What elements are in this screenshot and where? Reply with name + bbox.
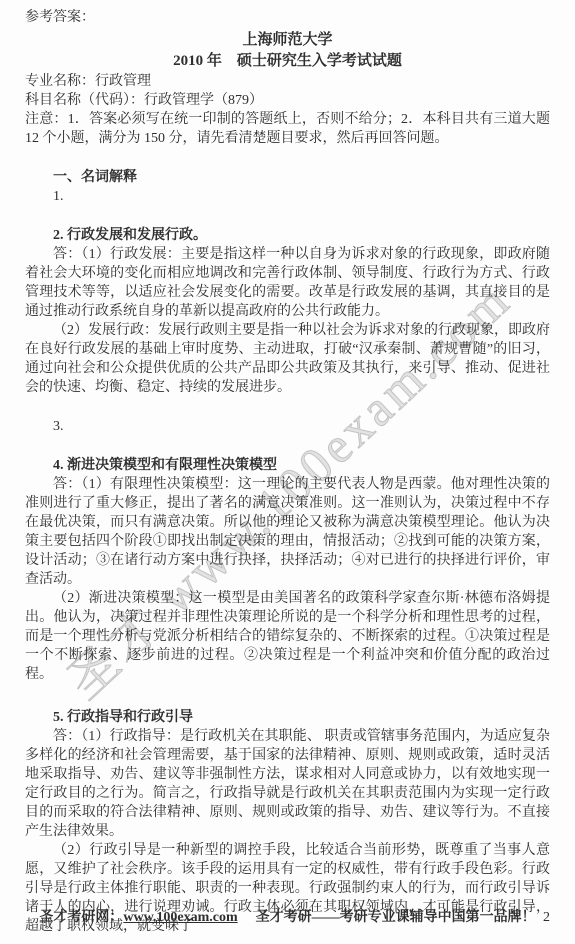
question-3-number: 3.: [25, 417, 550, 436]
answer-4-part-2: （2）渐进决策模型：这一模型是由美国著名的政策科学家查尔斯·林德布洛姆提出。他认…: [25, 589, 550, 684]
footer-slogan: 圣才考研——考研专业课辅导中国第一品牌！: [256, 906, 536, 926]
question-4-title: 4. 渐进决策模型和有限理性决策模型: [25, 456, 550, 475]
major-line: 专业名称：行政管理: [25, 72, 550, 91]
answer-5-part-1: 答：（1）行政指导：是行政机关在其职能、 职责或管辖事务范围内，为适应复杂多样化…: [25, 727, 550, 841]
answer-4-part-1: 答：（1）有限理性决策模型：这一理论的主要代表人物是西蒙。他对理性决策的准则进行…: [25, 475, 550, 589]
section-heading-terms: 一、名词解释: [25, 168, 550, 187]
page-footer: 圣才考研网：www.100exam.com圣才考研——考研专业课辅导中国第一品牌…: [25, 906, 550, 926]
question-2-title: 2. 行政发展和发展行政。: [25, 226, 550, 245]
answer-2-part-2: （2）发展行政：发展行政则主要是指一种以社会为诉求对象的行政现象，即政府在良好行…: [25, 321, 550, 397]
footer-site-label: 圣才考研网：: [39, 906, 123, 926]
notice-paragraph: 注意：1．答案必须写在统一印制的答题纸上，否则不给分；2．本科目共有三道大题 1…: [25, 110, 550, 148]
document-page: 圣才 www.100exam.com 参考答案： 上海师范大学 2010 年 硕…: [0, 0, 575, 944]
document-body: 参考答案： 上海师范大学 2010 年 硕士研究生入学考试试题 专业名称：行政管…: [25, 8, 550, 936]
footer-site-url-link[interactable]: www.100exam.com: [123, 910, 237, 926]
answer-prefix: 参考答案：: [25, 8, 550, 27]
question-1-number: 1.: [25, 187, 550, 206]
subject-line: 科目名称（代码）：行政管理学（879）: [25, 91, 550, 110]
university-title: 上海师范大学: [25, 30, 550, 51]
page-number: 2: [543, 910, 550, 926]
exam-title: 2010 年 硕士研究生入学考试试题: [25, 51, 550, 72]
answer-2-part-1: 答：（1）行政发展：主要是指这样一种以自身为诉求对象的行政现象，即政府随着社会大…: [25, 245, 550, 321]
question-5-title: 5. 行政指导和行政引导: [25, 708, 550, 727]
